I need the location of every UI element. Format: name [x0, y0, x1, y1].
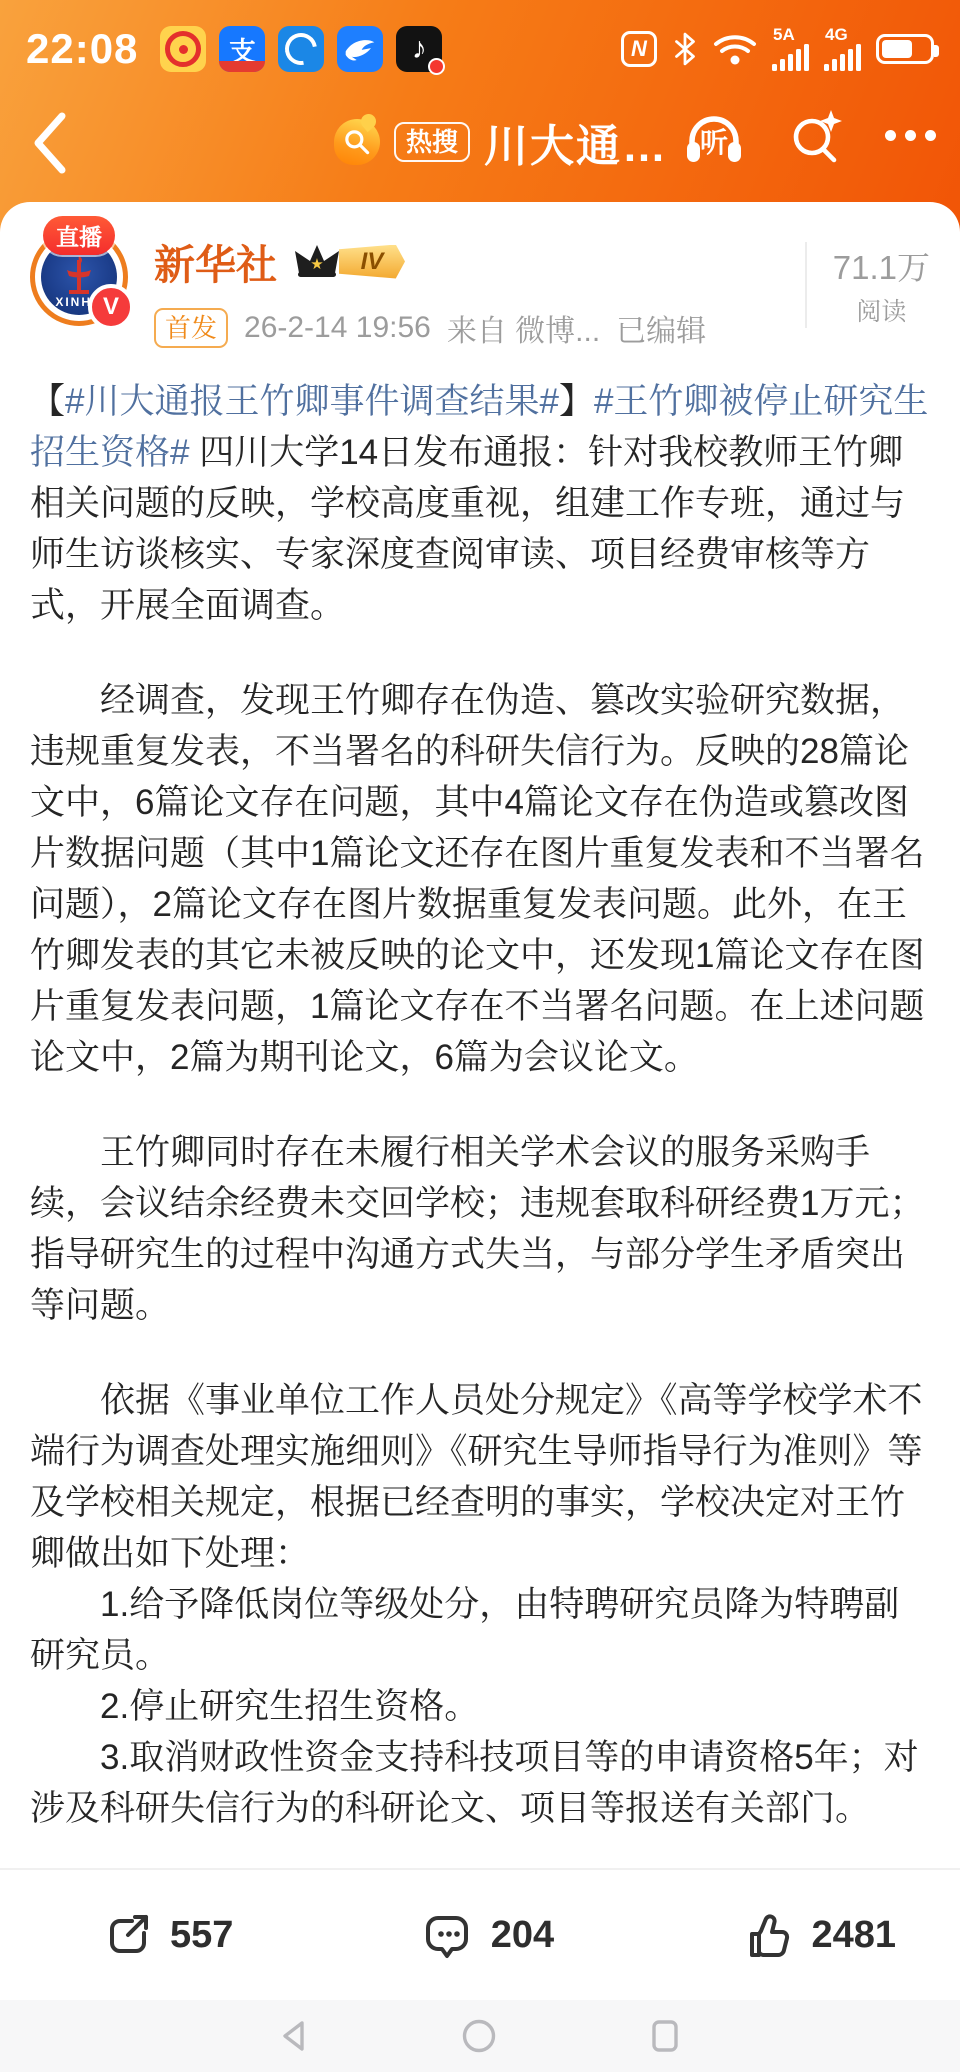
share-count: 557 [170, 1914, 233, 1957]
post-text-segment: 】 [559, 382, 594, 421]
ai-search-icon[interactable] [787, 106, 843, 164]
post-paragraph: 依据《事业单位工作人员处分规定》《高等学校学术不端行为调查处理实施细则》《研究生… [30, 1375, 930, 1579]
signal-sim1-bars [772, 44, 809, 71]
read-count: 71.1万 [833, 242, 930, 289]
hot-search-tag: 热搜 [394, 122, 470, 162]
post-source[interactable]: 来自 微博... [447, 306, 600, 350]
post-text: 【#川大通报王竹卿事件调查结果#】#王竹卿被停止研究生招生资格# 四川大学14日… [0, 350, 960, 1834]
post-card: XINHU 直播 V 新华社 ★ IV 首发 26-2-1 [0, 202, 960, 2000]
live-badge: 直播 [43, 216, 115, 255]
search-bar[interactable]: 热搜 川大通… [334, 110, 668, 174]
member-crown-badge[interactable]: ★ IV [289, 241, 405, 283]
search-query-text: 川大通… [484, 110, 668, 174]
comment-icon [425, 1911, 473, 1959]
more-icon[interactable] [885, 107, 936, 163]
system-home-icon[interactable] [459, 2016, 499, 2056]
post-text-segment: 王竹卿同时存在未履行相关学术会议的服务采购手续，会议结余经费未交回学校；违规套取… [30, 1133, 924, 1325]
post-paragraph: 经调查，发现王竹卿存在伪造、篡改实验研究数据，违规重复发表，不当署名的科研失信行… [30, 675, 930, 1083]
clock: 22:08 [26, 25, 138, 73]
post-edited-label[interactable]: 已编辑 [616, 306, 706, 350]
alipay-app-icon: 支 [219, 26, 265, 72]
verified-v-badge: V [88, 284, 134, 330]
svg-text:听: 听 [700, 127, 728, 158]
post-paragraph: 2.停止研究生招生资格。 [30, 1681, 930, 1732]
comment-button[interactable]: 204 [425, 1911, 554, 1959]
post-text-segment: 1.给予降低岗位等级处分，由特聘研究员降为特聘副研究员。 [30, 1585, 899, 1675]
author-name[interactable]: 新华社 [154, 232, 277, 291]
like-button[interactable]: 2481 [745, 1911, 896, 1959]
back-icon[interactable] [26, 110, 72, 176]
comment-count: 204 [491, 1914, 554, 1957]
post-timestamp: 26-2-14 19:56 [244, 311, 431, 345]
douyin-badge-dot [428, 58, 445, 75]
battery-nub [934, 45, 939, 57]
status-icons: N 5A 4G [621, 28, 934, 71]
post-paragraph: 1.给予降低岗位等级处分，由特聘研究员降为特聘副研究员。 [30, 1579, 930, 1681]
dingtalk-app-icon [337, 26, 383, 72]
browser-app-icon [278, 26, 324, 72]
douyin-app-icon: ♪ [396, 26, 442, 72]
music-note-glyph: ♪ [412, 32, 427, 66]
post-text-segment: 3.取消财政性资金支持科技项目等的申请资格5年；对涉及科研失信行为的科研论文、项… [30, 1738, 919, 1828]
author-block: 新华社 ★ IV 首发 26-2-14 19:56 来自 微博... 已编辑 [154, 228, 706, 350]
profile-row: XINHU 直播 V 新华社 ★ IV 首发 26-2-1 [0, 202, 960, 350]
nav-actions: 听 [683, 106, 936, 164]
system-back-icon[interactable] [275, 2016, 313, 2056]
nfc-icon: N [621, 31, 657, 67]
post-paragraph: 【#川大通报王竹卿事件调查结果#】#王竹卿被停止研究生招生资格# 四川大学14日… [30, 376, 930, 631]
signal-sim2-bars [824, 44, 861, 71]
share-icon [104, 1911, 152, 1959]
wifi-icon [713, 32, 757, 66]
status-bar: 22:08 支 ♪ N 5A 4G [0, 0, 960, 88]
battery-icon [876, 34, 934, 64]
weibo-eye-glyph [165, 31, 201, 67]
member-level-tag: IV [339, 245, 405, 279]
post-text-segment: 【 [30, 382, 65, 421]
read-label: 阅读 [833, 292, 930, 328]
wing-glyph [344, 36, 376, 62]
crown-icon: ★ [289, 241, 345, 283]
read-count-block: 71.1万 阅读 [805, 242, 930, 328]
post-paragraph: 王竹卿同时存在未履行相关学术会议的服务采购手续，会议结余经费未交回学校；违规套取… [30, 1127, 930, 1331]
spiral-glyph [279, 27, 324, 72]
hashtag-link[interactable]: #川大通报王竹卿事件调查结果# [65, 382, 559, 421]
action-bar: 557 204 2481 [0, 1868, 960, 2000]
bluetooth-icon [672, 32, 698, 66]
post-text-segment: 2.停止研究生招生资格。 [100, 1687, 479, 1726]
signal-sim1-icon: 5A [772, 28, 809, 71]
hot-search-flame-icon [334, 119, 380, 165]
battery-fill [882, 40, 912, 58]
nav-bar: 热搜 川大通… 听 [0, 88, 960, 202]
listen-icon[interactable]: 听 [683, 106, 745, 164]
like-count: 2481 [811, 1914, 896, 1957]
post-text-segment: 依据《事业单位工作人员处分规定》《高等学校学术不端行为调查处理实施细则》《研究生… [30, 1381, 923, 1573]
signal-sim2-icon: 4G [824, 28, 861, 71]
post-paragraph: 3.取消财政性资金支持科技项目等的申请资格5年；对涉及科研失信行为的科研论文、项… [30, 1732, 930, 1834]
post-text-segment: 经调查，发现王竹卿存在伪造、篡改实验研究数据，违规重复发表，不当署名的科研失信行… [30, 681, 924, 1077]
first-publish-badge: 首发 [154, 308, 228, 348]
avatar[interactable]: XINHU 直播 V [30, 228, 128, 326]
alipay-ribbon [219, 61, 265, 72]
share-button[interactable]: 557 [104, 1911, 233, 1959]
signal-sim1-label: 5A [773, 28, 795, 42]
system-navigation-bar [0, 2000, 960, 2072]
post-meta: 首发 26-2-14 19:56 来自 微博... 已编辑 [154, 306, 706, 350]
weibo-app-icon [160, 26, 206, 72]
like-icon [745, 1911, 793, 1959]
system-recents-icon[interactable] [645, 2016, 685, 2056]
notification-app-icons: 支 ♪ [160, 26, 442, 72]
svg-text:★: ★ [310, 256, 323, 273]
signal-sim2-label: 4G [825, 28, 848, 42]
